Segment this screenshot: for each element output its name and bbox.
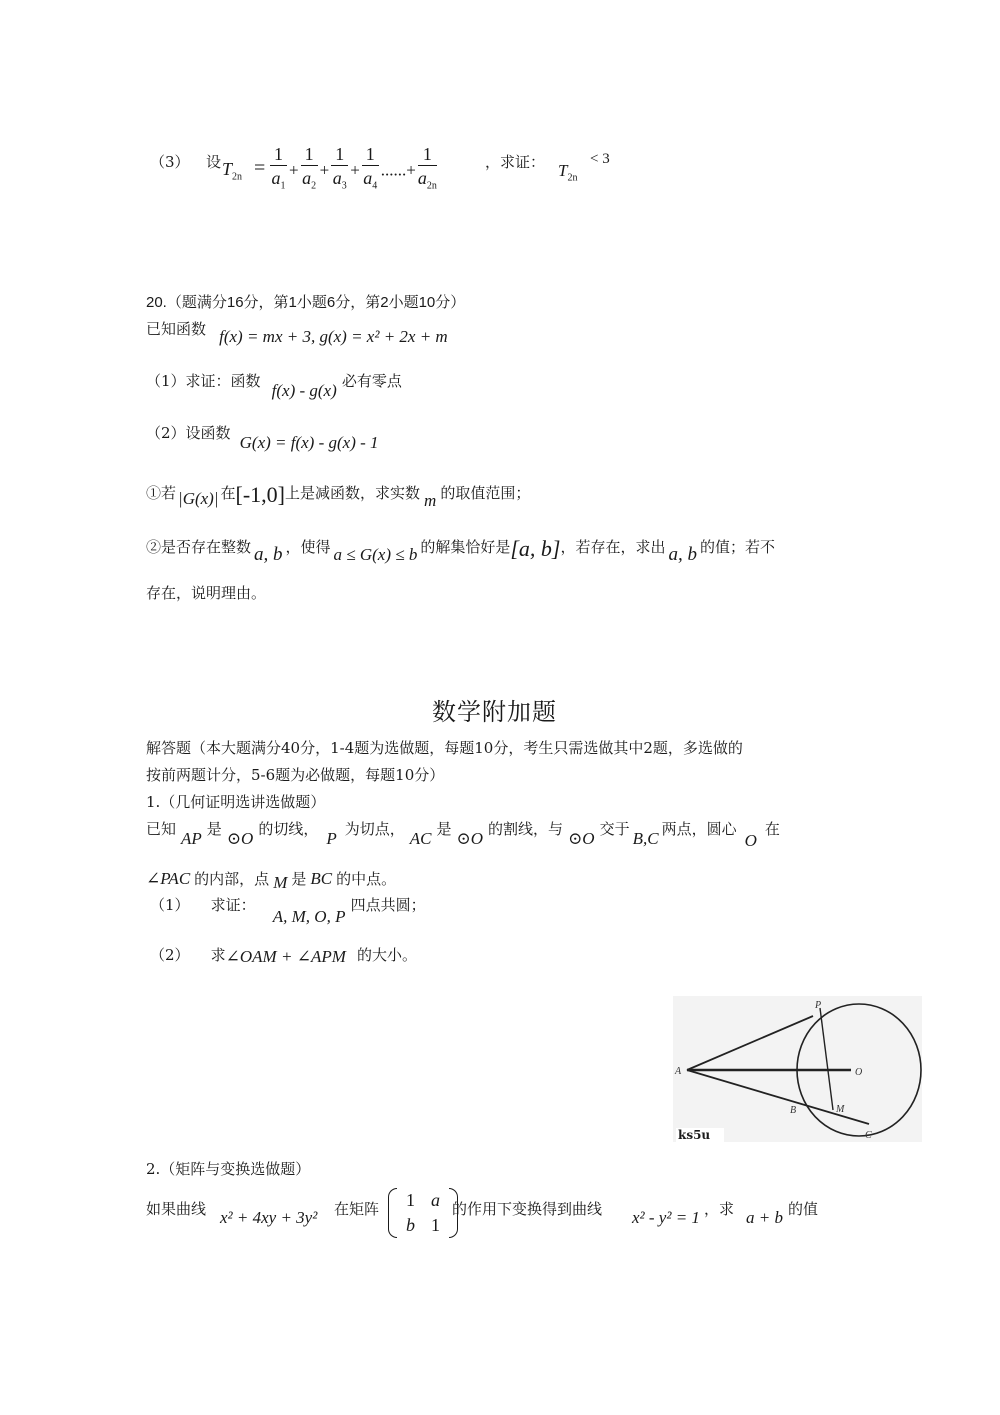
inequality: a ≤ G(x) ≤ b bbox=[334, 545, 418, 564]
segment-ap: AP bbox=[181, 829, 202, 848]
segment-bc: BC bbox=[310, 869, 332, 888]
sub-question-3-lead: 设 bbox=[206, 151, 221, 172]
q1-part1: （1） 求证： A, M, O, P 四点共圆； bbox=[150, 894, 426, 915]
q1-part2: （2） 求∠OAM + ∠APM 的大小。 bbox=[150, 944, 417, 965]
intro-line-1: 解答题（本大题满分40分，1-4题为选做题，每题10分，考生只需选做其中2题，多… bbox=[146, 737, 743, 758]
circle-o: ⊙O bbox=[568, 829, 595, 848]
curve-2: x² - y² = 1 bbox=[632, 1208, 700, 1228]
interval-ab: [a, b] bbox=[510, 536, 560, 561]
points-bc: B,C bbox=[633, 829, 659, 848]
watermark: ks5u bbox=[676, 1128, 724, 1142]
part1-tail: 必有零点 bbox=[342, 372, 402, 390]
geometry-figure: A P O B M C bbox=[673, 996, 922, 1142]
label-a: A bbox=[674, 1066, 682, 1077]
fraction-term: 1a2 bbox=[301, 143, 318, 199]
prove-text: ，求证： bbox=[485, 151, 545, 172]
fraction-term: 1a1 bbox=[270, 143, 287, 199]
angle-pac: ∠PAC bbox=[146, 869, 190, 888]
q20-sub1: ①若|G(x)|在[-1,0]上是减函数，求实数m的取值范围； bbox=[146, 478, 530, 504]
target-expr: a + b bbox=[746, 1208, 783, 1228]
label-o: O bbox=[855, 1067, 862, 1078]
vars-ab-2: a, b bbox=[669, 544, 698, 565]
q1-line1: 已知AP是⊙O的切线，P为切点，AC是⊙O的割线，与⊙O交于B,C两点，圆心O在 bbox=[146, 818, 780, 839]
fraction-term: 1a4 bbox=[362, 143, 379, 199]
sub1-in: 在 bbox=[221, 484, 236, 502]
sub2-mid2: 的解集恰好是 bbox=[420, 538, 510, 556]
circle-tangent-secant-diagram: A P O B M C bbox=[673, 996, 922, 1142]
sub2-lead: ②是否存在整数 bbox=[146, 538, 251, 556]
point-m: M bbox=[273, 873, 287, 892]
sub1-mid: 上是减函数，求实数 bbox=[285, 484, 420, 502]
fraction-term: 1a3 bbox=[331, 143, 348, 199]
part1-label: （1）求证：函数 bbox=[146, 372, 261, 390]
sub-question-3-label: （3） bbox=[150, 151, 190, 172]
segment-ac: AC bbox=[410, 829, 432, 848]
fraction-sum: 1a1+1a2+1a3+1a4......+1a2n bbox=[268, 143, 439, 199]
abs-g-formula: |G(x)| bbox=[178, 489, 219, 508]
given-text: 已知函数 bbox=[146, 320, 206, 338]
part1-formula: f(x) - g(x) bbox=[272, 381, 337, 400]
curve-1: x² + 4xy + 3y² bbox=[220, 1208, 317, 1228]
angle-sum: ∠OAM + ∠APM bbox=[226, 947, 346, 966]
equals-sign: = bbox=[254, 157, 265, 180]
less-than-3: < 3 bbox=[590, 151, 610, 168]
q20-header: 20.（题满分16分，第1小题6分，第2小题10分） bbox=[146, 291, 465, 312]
part2-formula: G(x) = f(x) - g(x) - 1 bbox=[240, 433, 379, 452]
q20-part2: （2）设函数 G(x) = f(x) - g(x) - 1 bbox=[146, 422, 379, 443]
sub1-tail: 的取值范围； bbox=[440, 484, 530, 502]
var-m: m bbox=[424, 491, 436, 510]
vars-ab: a, b bbox=[254, 544, 283, 565]
label-m: M bbox=[835, 1104, 845, 1115]
circle-o: ⊙O bbox=[457, 829, 484, 848]
points-amop: A, M, O, P bbox=[273, 907, 346, 926]
q2-header: 2.（矩阵与变换选做题） bbox=[146, 1158, 310, 1179]
circle-o: ⊙O bbox=[227, 829, 254, 848]
q2-body: 如果曲线 x² + 4xy + 3y² 在矩阵 1a b1 的作用下变换得到曲线… bbox=[146, 1188, 216, 1244]
section-title: 数学附加题 bbox=[432, 692, 557, 727]
given-formula: f(x) = mx + 3, g(x) = x² + 2x + m bbox=[219, 327, 448, 346]
fraction-term: 1a2n bbox=[418, 143, 437, 199]
q20-given: 已知函数 f(x) = mx + 3, g(x) = x² + 2x + m bbox=[146, 318, 448, 339]
q20-sub2: ②是否存在整数a, b，使得a ≤ G(x) ≤ b的解集恰好是[a, b]，若… bbox=[146, 532, 775, 558]
q20-part1: （1）求证：函数 f(x) - g(x) 必有零点 bbox=[146, 370, 402, 391]
t2n-rhs: T2n bbox=[558, 161, 577, 183]
interval: [-1,0] bbox=[236, 482, 285, 507]
sub2-mid: ，使得 bbox=[286, 538, 331, 556]
label-b: B bbox=[790, 1105, 796, 1116]
label-p: P bbox=[814, 1000, 821, 1011]
q1-header: 1.（几何证明选讲选做题） bbox=[146, 791, 325, 812]
part2-label: （2）设函数 bbox=[146, 424, 231, 442]
t2n-lhs: T2n bbox=[222, 159, 242, 183]
q20-sub2-line2: 存在，说明理由。 bbox=[146, 582, 266, 603]
transform-matrix: 1a b1 bbox=[388, 1188, 458, 1238]
center-o: O bbox=[745, 831, 757, 850]
sub1-lead: ①若 bbox=[146, 484, 176, 502]
ellipsis: ...... bbox=[381, 160, 407, 179]
q1-line2: ∠PAC的内部，点M是BC的中点。 bbox=[146, 868, 396, 889]
point-p: P bbox=[326, 829, 336, 848]
label-c: C bbox=[865, 1130, 872, 1141]
sub2-mid3: ，若存在，求出 bbox=[560, 538, 665, 556]
intro-line-2: 按前两题计分，5-6题为必做题，每题10分） bbox=[146, 764, 444, 785]
sub2-tail: 的值；若不 bbox=[700, 538, 775, 556]
